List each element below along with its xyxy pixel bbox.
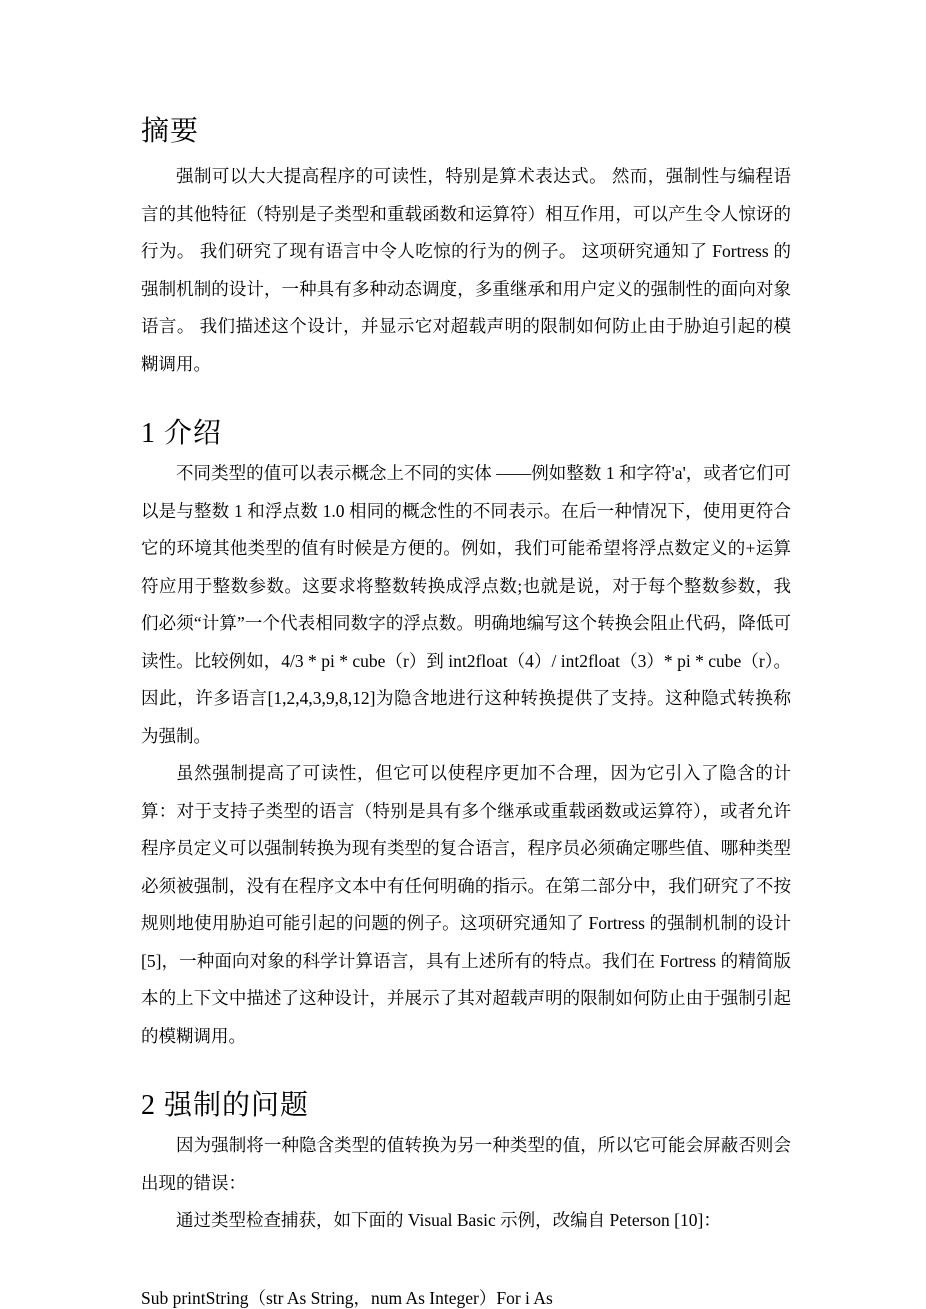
document-content: 摘要 强制可以大大提高程序的可读性，特别是算术表达式。 然而，强制性与编程语言的… — [141, 0, 791, 1309]
document-page: 摘要 强制可以大大提高程序的可读性，特别是算术表达式。 然而，强制性与编程语言的… — [0, 0, 926, 1309]
introduction-heading: 1 介绍 — [141, 416, 791, 452]
abstract-paragraph: 强制可以大大提高程序的可读性，特别是算术表达式。 然而，强制性与编程语言的其他特… — [141, 158, 791, 383]
coercion-problems-paragraph-1: 因为强制将一种隐含类型的值转换为另一种类型的值，所以它可能会屏蔽否则会出现的错误… — [141, 1127, 791, 1202]
coercion-problems-paragraph-2: 通过类型检查捕获，如下面的 Visual Basic 示例，改编自 Peters… — [141, 1202, 791, 1240]
visual-basic-code-line: Sub printString（str As String，num As Int… — [141, 1280, 791, 1309]
abstract-heading: 摘要 — [141, 114, 791, 150]
coercion-problems-heading: 2 强制的问题 — [141, 1088, 791, 1124]
introduction-paragraph-2: 虽然强制提高了可读性，但它可以使程序更加不合理，因为它引入了隐含的计算：对于支持… — [141, 755, 791, 1055]
introduction-paragraph-1: 不同类型的值可以表示概念上不同的实体 ——例如整数 1 和字符'a'，或者它们可… — [141, 455, 791, 755]
